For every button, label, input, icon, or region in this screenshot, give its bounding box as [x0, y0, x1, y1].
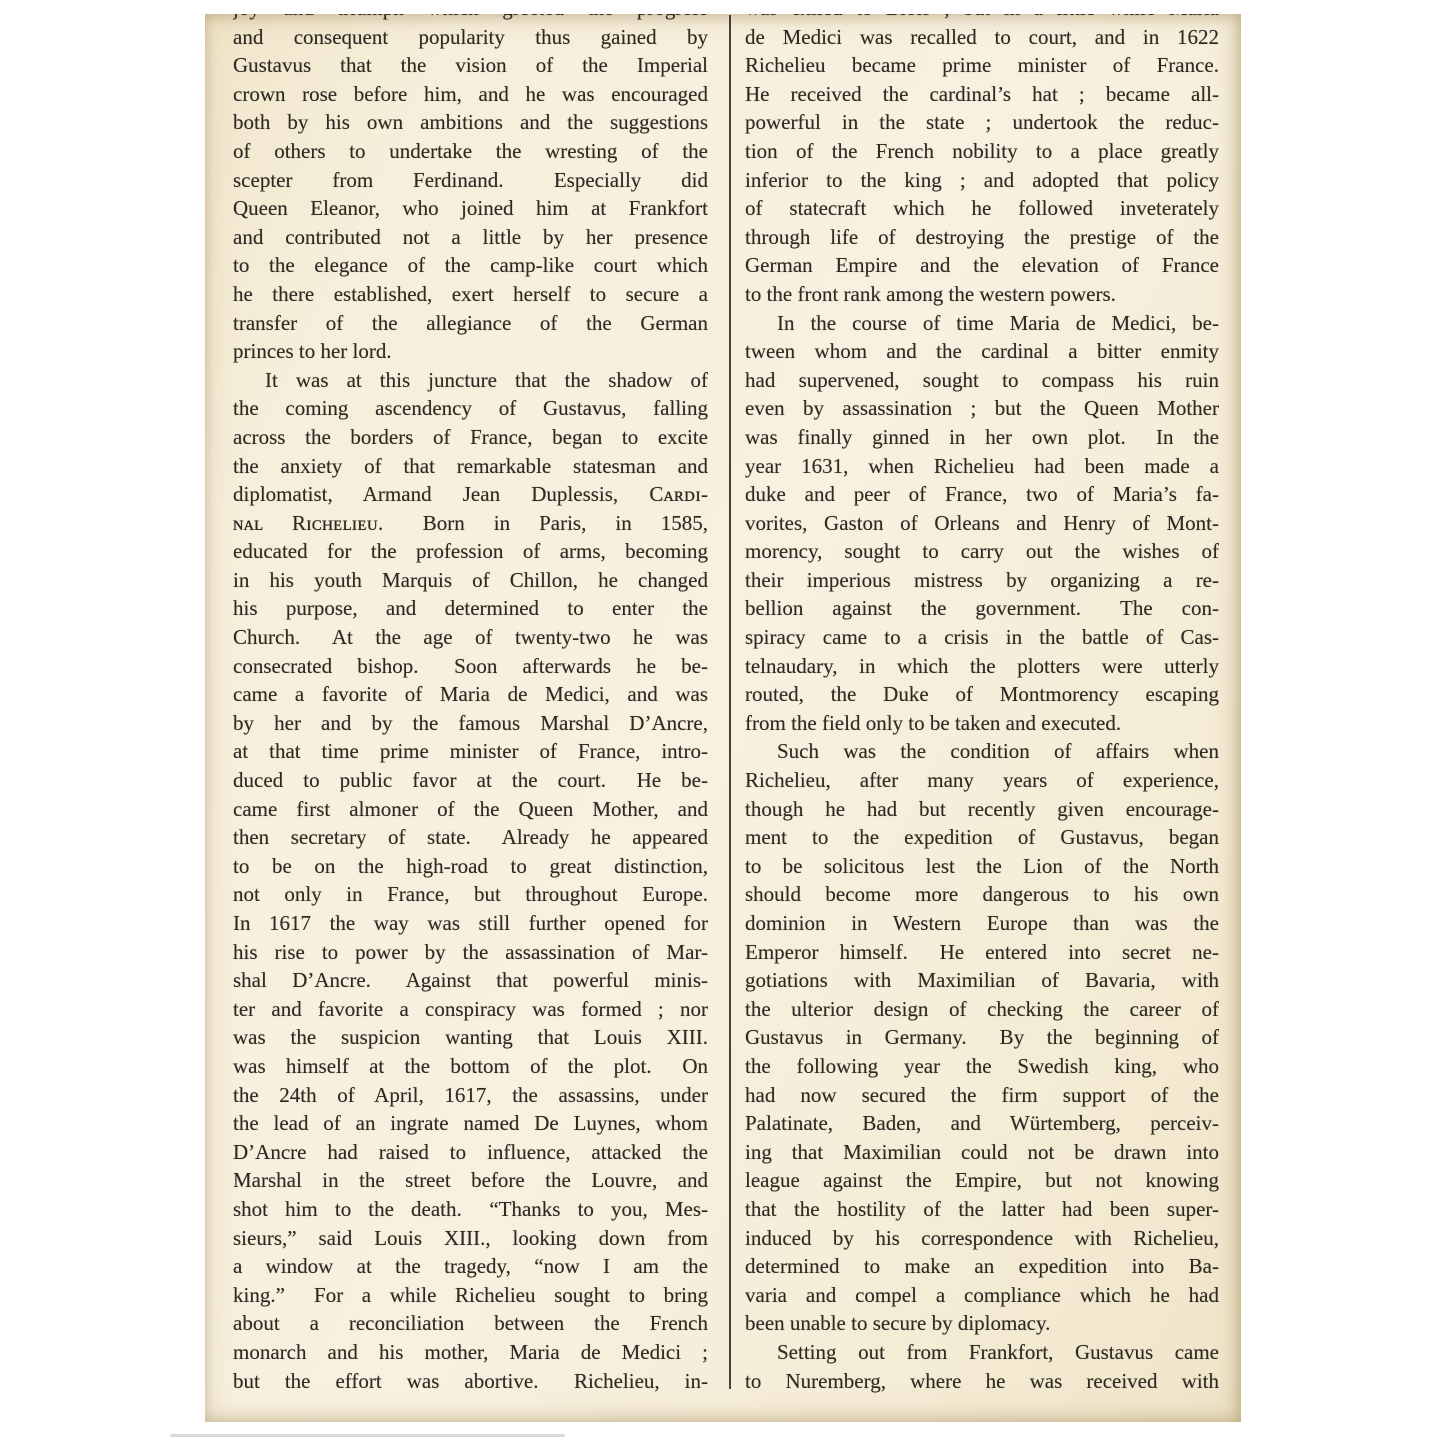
text-line: at that time prime minister of France, i…: [233, 737, 708, 766]
text-line: crown rose before him, and he was encour…: [233, 80, 708, 109]
text-line: was finally ginned in her own plot. In t…: [745, 423, 1219, 452]
text-line: D’Ancre had raised to influence, attacke…: [233, 1138, 708, 1167]
text-column-left: joy and triumph which greeted the progre…: [233, 14, 708, 1416]
text-line: the ulterior design of checking the care…: [745, 995, 1219, 1024]
text-line: was the suspicion wanting that Louis XII…: [233, 1023, 708, 1052]
text-line: bellion against the government. The con-: [745, 594, 1219, 623]
text-line: dominion in Western Europe than was the: [745, 909, 1219, 938]
text-line: the lead of an ingrate named De Luynes, …: [233, 1109, 708, 1138]
text-line: to the front rank among the western powe…: [745, 280, 1219, 309]
text-line: German Empire and the elevation of Franc…: [745, 251, 1219, 280]
text-line: had supervened, sought to compass his ru…: [745, 366, 1219, 395]
text-line: tion of the French nobility to a place g…: [745, 137, 1219, 166]
text-line: monarch and his mother, Maria de Medici …: [233, 1338, 708, 1367]
text-line: though he had but recently given encoura…: [745, 795, 1219, 824]
text-line: to Nuremberg, where he was received with: [745, 1367, 1219, 1396]
text-line: ment to the expedition of Gustavus, bega…: [745, 823, 1219, 852]
text-line: to be solicitous lest the Lion of the No…: [745, 852, 1219, 881]
text-line: he there established, exert herself to s…: [233, 280, 708, 309]
text-line: Gustavus that the vision of the Imperial: [233, 51, 708, 80]
text-line: telnaudary, in which the plotters were u…: [745, 652, 1219, 681]
text-line: shot him to the death. “Thanks to you, M…: [233, 1195, 708, 1224]
text-line: Palatinate, Baden, and Würtemberg, perce…: [745, 1109, 1219, 1138]
text-line: of statecraft which he followed invetera…: [745, 194, 1219, 223]
text-line: both by his own ambitions and the sugges…: [233, 108, 708, 137]
text-line: the following year the Swedish king, who: [745, 1052, 1219, 1081]
text-line: came a favorite of Maria de Medici, and …: [233, 680, 708, 709]
text-line: and consequent popularity thus gained by: [233, 23, 708, 52]
text-line: Emperor himself. He entered into secret …: [745, 938, 1219, 967]
text-line: princes to her lord.: [233, 337, 708, 366]
text-line: Setting out from Frankfort, Gustavus cam…: [745, 1338, 1219, 1367]
text-column-right: was exiled to Blois ; but in a little wh…: [745, 14, 1219, 1416]
text-line: the 24th of April, 1617, the assassins, …: [233, 1081, 708, 1110]
text-line: by her and by the famous Marshal D’Ancre…: [233, 709, 708, 738]
text-line: ing that Maximilian could not be drawn i…: [745, 1138, 1219, 1167]
text-line: in his youth Marquis of Chillon, he chan…: [233, 566, 708, 595]
text-line: not only in France, but throughout Europ…: [233, 880, 708, 909]
text-line: was exiled to Blois ; but in a little wh…: [745, 14, 1219, 23]
text-line: Richelieu became prime minister of Franc…: [745, 51, 1219, 80]
text-line: league against the Empire, but not knowi…: [745, 1166, 1219, 1195]
text-line: then secretary of state. Already he appe…: [233, 823, 708, 852]
text-line: been unable to secure by diplomacy.: [745, 1309, 1219, 1338]
text-line: vorites, Gaston of Orleans and Henry of …: [745, 509, 1219, 538]
text-line: came first almoner of the Queen Mother, …: [233, 795, 708, 824]
text-line: duke and peer of France, two of Maria’s …: [745, 480, 1219, 509]
text-line: was himself at the bottom of the plot. O…: [233, 1052, 708, 1081]
text-line: induced by his correspondence with Riche…: [745, 1224, 1219, 1253]
text-line: Richelieu, after many years of experienc…: [745, 766, 1219, 795]
text-line: ter and favorite a conspiracy was formed…: [233, 995, 708, 1024]
text-line: his purpose, and determined to enter the: [233, 594, 708, 623]
text-line: determined to make an expedition into Ba…: [745, 1252, 1219, 1281]
text-line: powerful in the state ; undertook the re…: [745, 108, 1219, 137]
text-line: Gustavus in Germany. By the beginning of: [745, 1023, 1219, 1052]
text-line: It was at this juncture that the shadow …: [233, 366, 708, 395]
text-line: diplomatist, Armand Jean Duplessis, Cᴀʀᴅ…: [233, 480, 708, 509]
text-line: shal D’Ancre. Against that powerful mini…: [233, 966, 708, 995]
text-line: of others to undertake the wresting of t…: [233, 137, 708, 166]
text-line: sieurs,” said Louis XIII., looking down …: [233, 1224, 708, 1253]
text-line: Such was the condition of affairs when: [745, 737, 1219, 766]
text-line: a window at the tragedy, “now I am the: [233, 1252, 708, 1281]
text-line: tween whom and the cardinal a bitter enm…: [745, 337, 1219, 366]
text-line: their imperious mistress by organizing a…: [745, 566, 1219, 595]
text-line: consecrated bishop. Soon afterwards he b…: [233, 652, 708, 681]
text-line: his rise to power by the assassination o…: [233, 938, 708, 967]
text-line: duced to public favor at the court. He b…: [233, 766, 708, 795]
text-line: In 1617 the way was still further opened…: [233, 909, 708, 938]
text-line: Marshal in the street before the Louvre,…: [233, 1166, 708, 1195]
text-line: the coming ascendency of Gustavus, falli…: [233, 394, 708, 423]
text-line: year 1631, when Richelieu had been made …: [745, 452, 1219, 481]
book-page-scan: joy and triumph which greeted the progre…: [205, 14, 1241, 1422]
text-line: from the field only to be taken and exec…: [745, 709, 1219, 738]
text-line: Queen Eleanor, who joined him at Frankfo…: [233, 194, 708, 223]
text-line: gotiations with Maximilian of Bavaria, w…: [745, 966, 1219, 995]
text-line: transfer of the allegiance of the German: [233, 309, 708, 338]
text-line: even by assassination ; but the Queen Mo…: [745, 394, 1219, 423]
text-line: inferior to the king ; and adopted that …: [745, 166, 1219, 195]
scan-artifact: [170, 1434, 565, 1437]
text-line: routed, the Duke of Montmorency escaping: [745, 680, 1219, 709]
text-line: but the effort was abortive. Richelieu, …: [233, 1367, 708, 1396]
text-line: across the borders of France, began to e…: [233, 423, 708, 452]
text-line: scepter from Ferdinand. Especially did: [233, 166, 708, 195]
text-line: the anxiety of that remarkable statesman…: [233, 452, 708, 481]
text-line: morency, sought to carry out the wishes …: [745, 537, 1219, 566]
text-line: should become more dangerous to his own: [745, 880, 1219, 909]
text-line: through life of destroying the prestige …: [745, 223, 1219, 252]
text-line: that the hostility of the latter had bee…: [745, 1195, 1219, 1224]
text-line: to the elegance of the camp-like court w…: [233, 251, 708, 280]
text-line: In the course of time Maria de Medici, b…: [745, 309, 1219, 338]
text-line: about a reconciliation between the Frenc…: [233, 1309, 708, 1338]
text-line: had now secured the firm support of the: [745, 1081, 1219, 1110]
text-line: varia and compel a compliance which he h…: [745, 1281, 1219, 1310]
text-line: and contributed not a little by her pres…: [233, 223, 708, 252]
text-line: Church. At the age of twenty-two he was: [233, 623, 708, 652]
text-line: to be on the high-road to great distinct…: [233, 852, 708, 881]
column-divider: [729, 15, 731, 1389]
text-line: He received the cardinal’s hat ; became …: [745, 80, 1219, 109]
text-line: king.” For a while Richelieu sought to b…: [233, 1281, 708, 1310]
text-line: de Medici was recalled to court, and in …: [745, 23, 1219, 52]
text-line: joy and triumph which greeted the progre…: [233, 14, 708, 23]
text-line: spiracy came to a crisis in the battle o…: [745, 623, 1219, 652]
text-line: educated for the profession of arms, bec…: [233, 537, 708, 566]
text-line: ɴᴀʟ Rɪᴄʜᴇʟɪᴇᴜ. Born in Paris, in 1585,: [233, 509, 708, 538]
